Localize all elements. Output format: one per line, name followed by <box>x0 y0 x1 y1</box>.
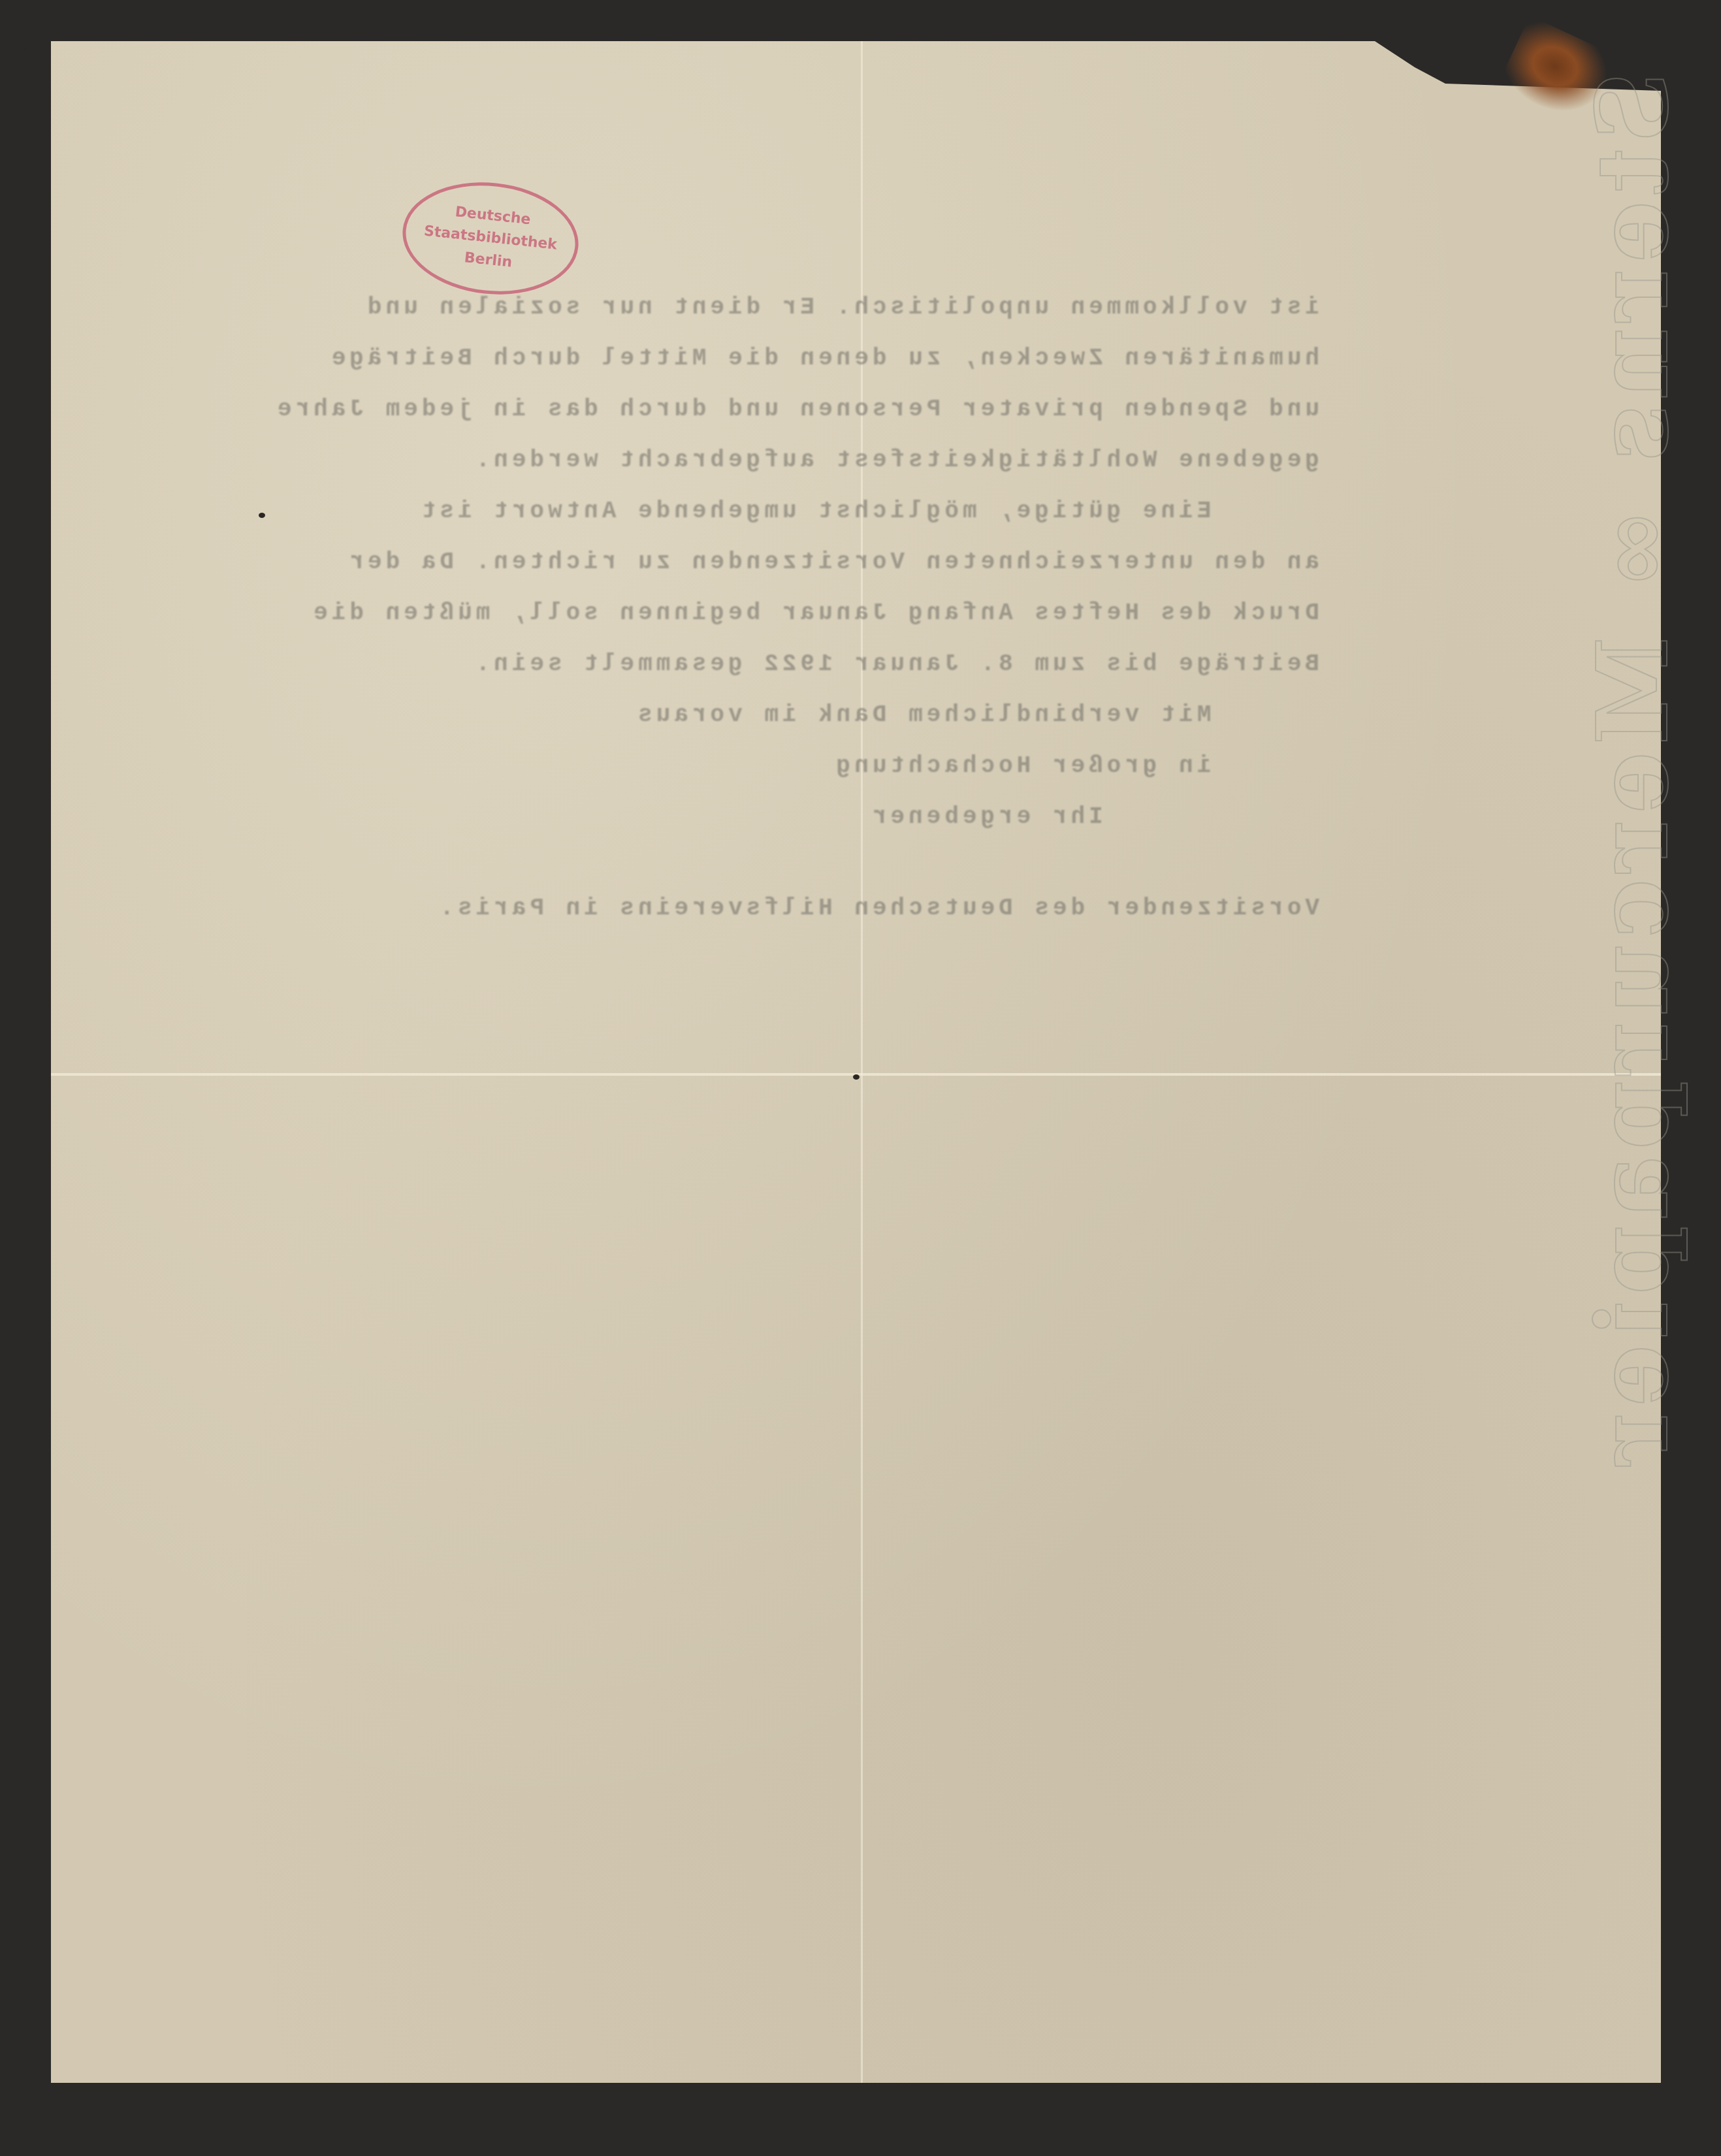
watermark-text: Sterns ∞ Mercurpapier <box>1577 72 1688 2031</box>
letter-line: an den unterzeichneten Vorsitzenden zu r… <box>346 549 1319 575</box>
paper-watermark: Sterns ∞ Mercurpapier <box>1466 72 1577 2031</box>
letter-line: gegebene Wohltätigkeitsfest aufgebracht … <box>472 447 1319 474</box>
letter-line: in großer Hochachtung <box>833 752 1319 779</box>
letter-line: Druck des Heftes Anfang Januar beginnen … <box>310 600 1319 626</box>
letter-line: Beiträge bis zum 8. Januar 1922 gesammel… <box>472 651 1319 677</box>
stamp-line-3: Berlin <box>463 247 513 274</box>
letter-line: Ihr ergebener <box>869 803 1319 830</box>
letter-line: ist vollkommen unpolitisch. Er dient nur… <box>364 294 1319 321</box>
letter-line: humanitären Zwecken, zu denen die Mittel… <box>328 345 1319 372</box>
letter-line: Mit verbindlichem Dank im voraus <box>634 701 1319 728</box>
ink-speck <box>853 1074 860 1080</box>
letter-line: Eine gütige, möglichst umgehende Antwort… <box>418 498 1319 524</box>
ink-speck <box>259 513 265 518</box>
letter-line: und Spenden privater Personen und durch … <box>274 396 1319 423</box>
letter-signature-line: Vorsitzender des Deutschen Hilfsvereins … <box>436 895 1319 922</box>
paper-tear <box>18 0 29 52</box>
